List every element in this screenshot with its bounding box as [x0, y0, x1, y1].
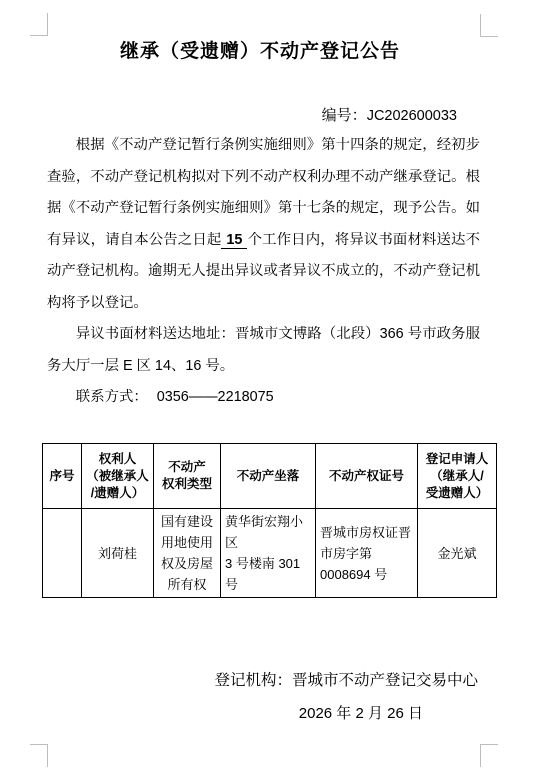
crop-mark-bottom-left: [30, 744, 48, 767]
table-header-row: 序号 权利人 （被继承人 /遗赠人） 不动产 权利类型 不动产坐落 不动产权证号…: [43, 444, 497, 509]
contact-label: 联系方式：: [76, 389, 148, 405]
objection-days-count: 15: [221, 232, 247, 249]
table-row: 刘荷桂 国有建设 用地使用 权及房屋 所有权 黄华街宏翔小区 3 号楼南 301…: [43, 509, 497, 598]
delivery-address-paragraph: 异议书面材料送达地址：晋城市文博路（北段）366 号市政务服务大厅一层 E 区 …: [47, 319, 480, 382]
header-cell-certificate-no: 不动产权证号: [316, 444, 418, 509]
announcement-date: 2026 年 2 月 26 日: [47, 702, 423, 723]
body-paragraph-1: 根据《不动产登记暂行条例实施细则》第十四条的规定，经初步查验，不动产登记机构拟对…: [47, 130, 480, 319]
document-number-value: JC202600033: [367, 108, 457, 124]
page-title: 继承（受遗赠）不动产登记公告: [40, 36, 480, 63]
header-cell-location: 不动产坐落: [221, 444, 316, 509]
cell-right-holder: 刘荷桂: [82, 509, 154, 598]
crop-mark-top-right: [480, 14, 498, 37]
contact-phone: 0356——2218075: [157, 389, 274, 405]
crop-mark-top-left: [30, 13, 48, 36]
document-number-line: 编号：JC202600033: [47, 104, 457, 125]
header-cell-right-type: 不动产 权利类型: [154, 444, 221, 509]
contact-paragraph: 联系方式：0356——2218075: [47, 382, 480, 414]
document-number-label: 编号：: [322, 107, 367, 124]
cell-applicant: 金光斌: [418, 509, 497, 598]
header-cell-serial-no: 序号: [43, 444, 82, 509]
registry-organization-label: 登记机构：: [214, 672, 292, 689]
header-cell-applicant: 登记申请人 （继承人/ 受遗赠人）: [418, 444, 497, 509]
registry-organization-value: 晋城市不动产登记交易中心: [292, 672, 478, 689]
body-text: 根据《不动产登记暂行条例实施细则》第十四条的规定，经初步查验，不动产登记机构拟对…: [47, 130, 480, 414]
cell-serial-no: [43, 509, 82, 598]
header-cell-right-holder: 权利人 （被继承人 /遗赠人）: [82, 444, 154, 509]
cell-certificate-no: 晋城市房权证晋 市房字第 0008694 号: [316, 509, 418, 598]
announcement-table: 序号 权利人 （被继承人 /遗赠人） 不动产 权利类型 不动产坐落 不动产权证号…: [42, 443, 497, 598]
registry-organization-line: 登记机构：晋城市不动产登记交易中心: [47, 668, 478, 690]
cell-right-type: 国有建设 用地使用 权及房屋 所有权: [154, 509, 221, 598]
cell-location: 黄华街宏翔小区 3 号楼南 301 号: [221, 509, 316, 598]
announcement-document: 继承（受遗赠）不动产登记公告 编号：JC202600033 根据《不动产登记暂行…: [0, 0, 534, 769]
crop-mark-bottom-right: [480, 744, 498, 767]
